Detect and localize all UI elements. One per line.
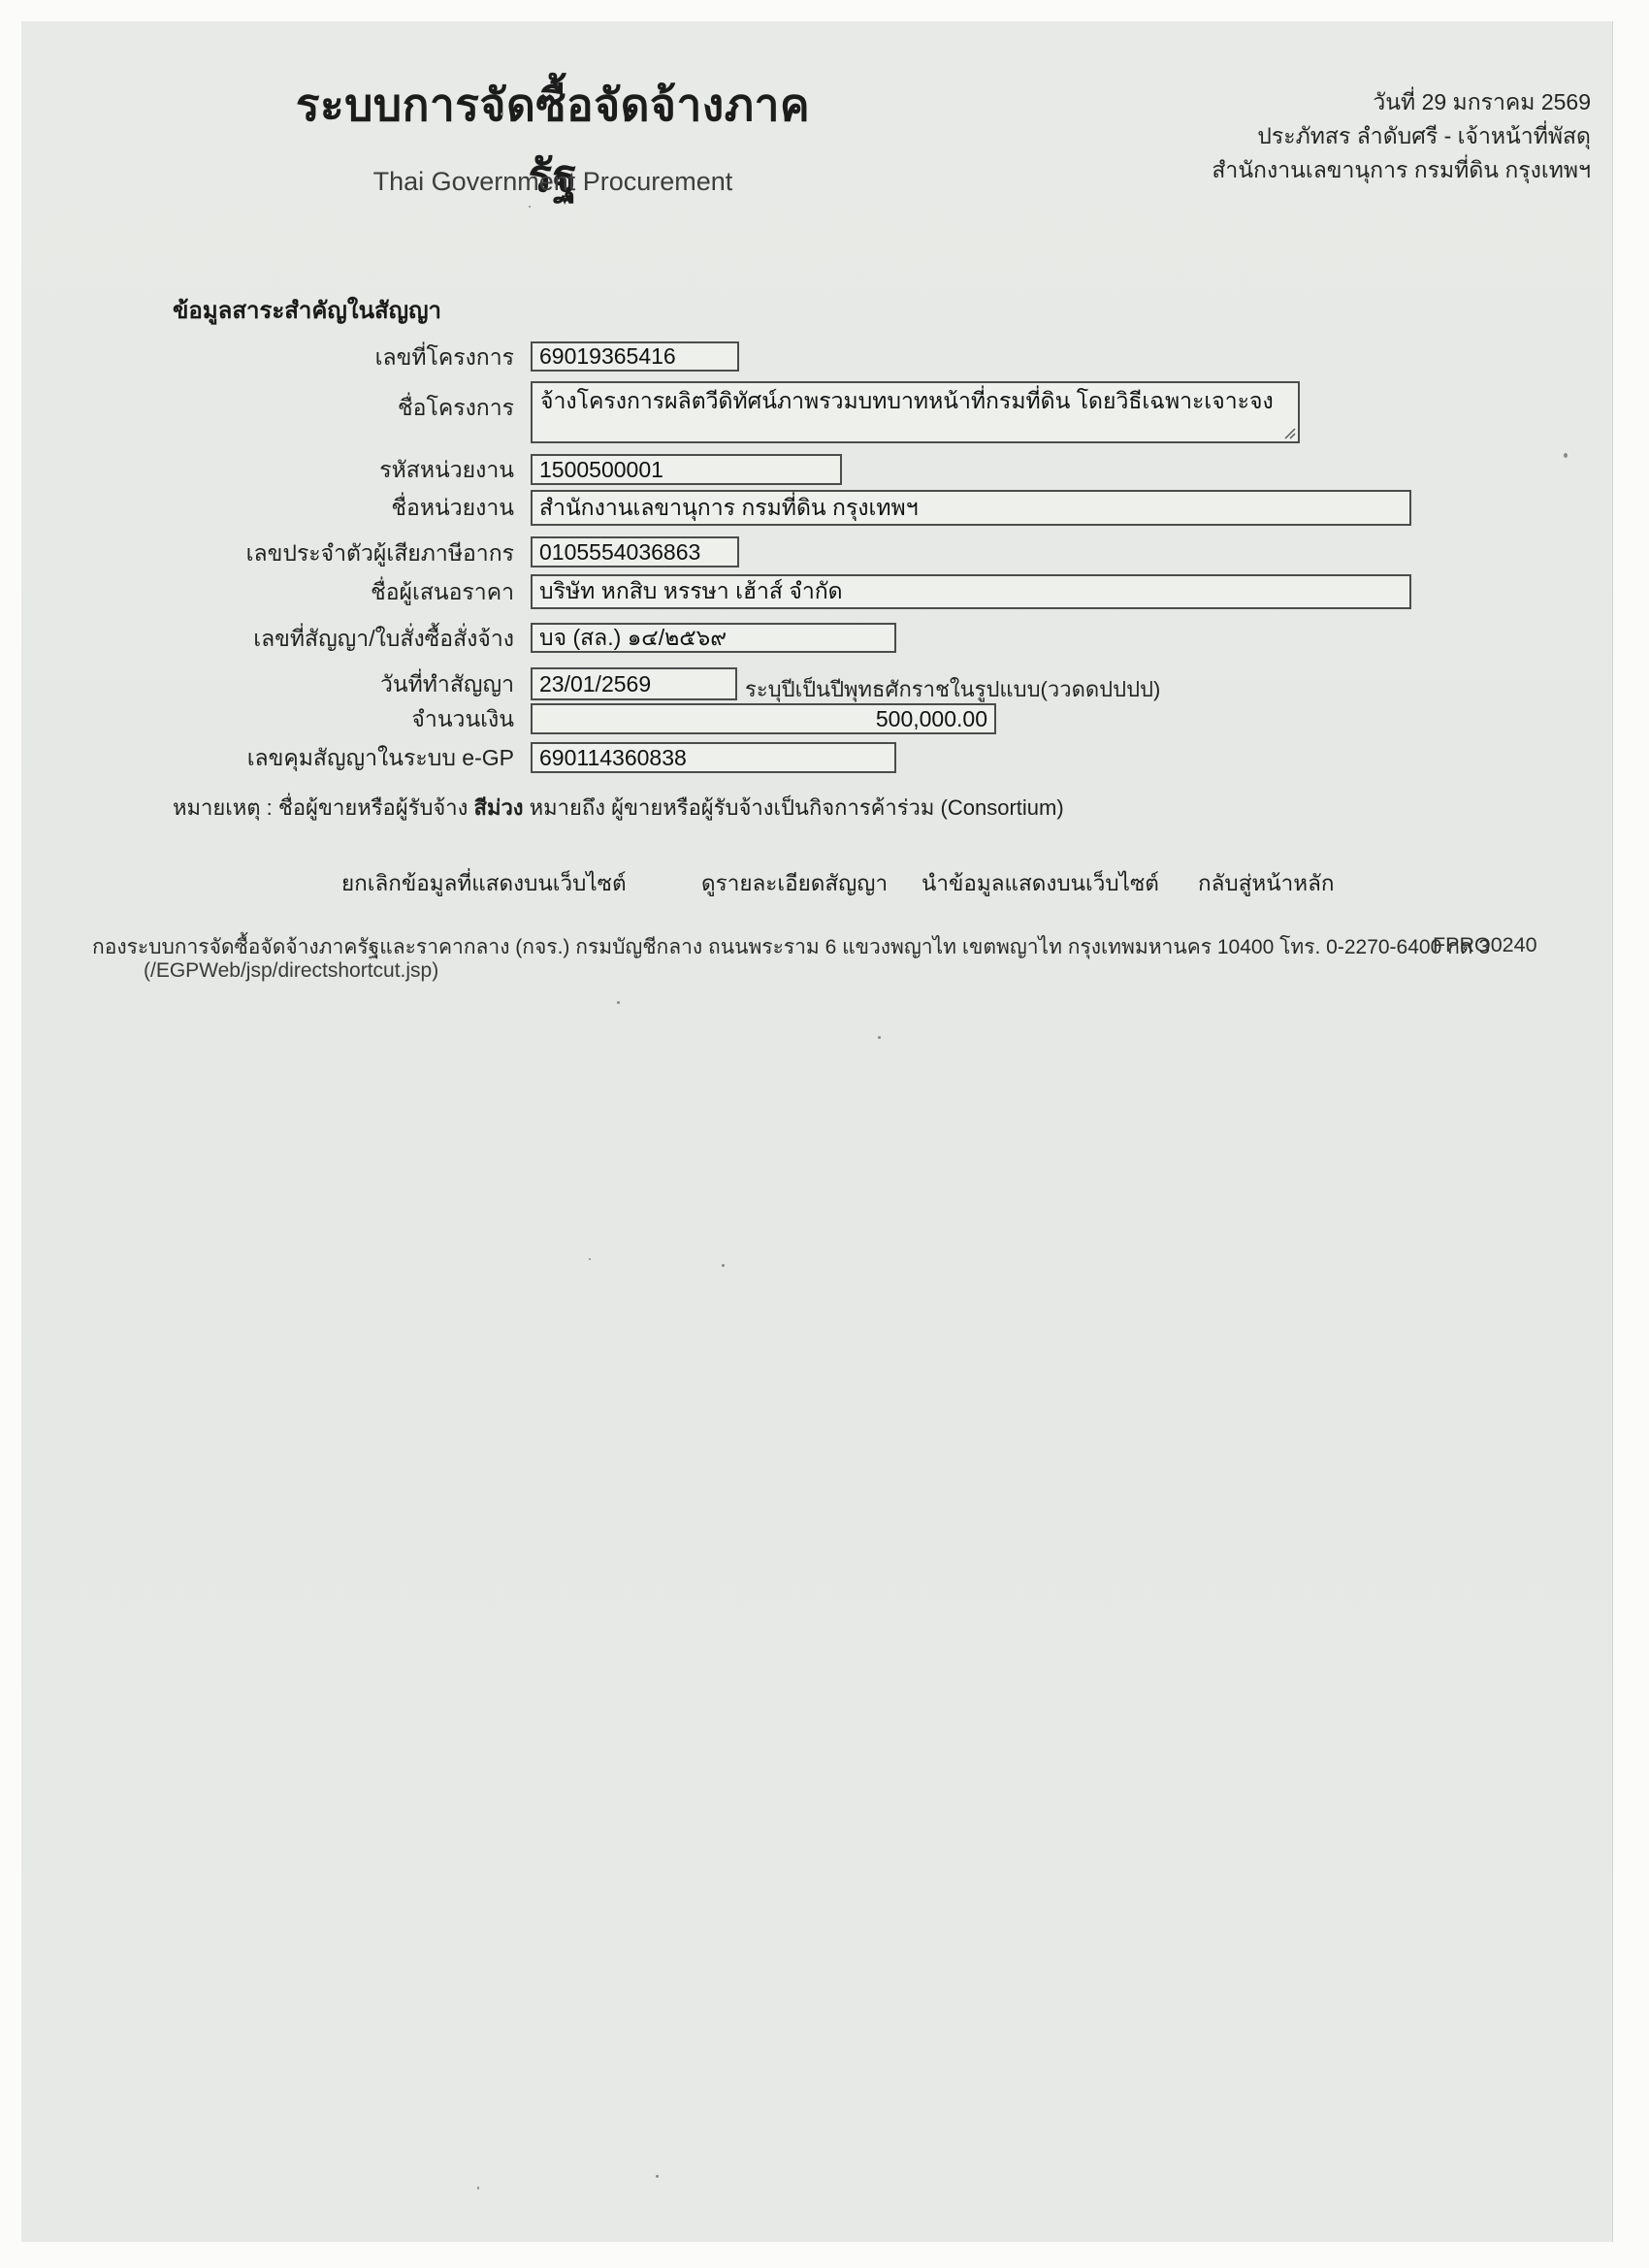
scan-speck: [656, 2175, 659, 2178]
amount-field[interactable]: 500,000.00: [531, 703, 996, 734]
consortium-note: หมายเหตุ : ชื่อผู้ขายหรือผู้รับจ้าง สีม่…: [173, 791, 1064, 825]
contract-date-value: 23/01/2569: [539, 671, 651, 697]
back-home-button[interactable]: กลับสู่หน้าหลัก: [1198, 865, 1335, 900]
resize-grip-icon[interactable]: [1282, 426, 1296, 439]
scanned-page: ระบบการจัดซื้อจัดจ้างภาครัฐ Thai Governm…: [0, 0, 1649, 2268]
contract-date-label: วันที่ทำสัญญา: [58, 670, 514, 697]
scan-speck: [501, 113, 503, 115]
scan-speck: [878, 1036, 881, 1039]
scan-speck: [1564, 453, 1568, 458]
office-name: สำนักงานเลขานุการ กรมที่ดิน กรุงเทพฯ: [970, 153, 1591, 187]
bidder-name-label: ชื่อผู้เสนอราคา: [58, 578, 514, 605]
tax-id-field[interactable]: 0105554036863: [531, 536, 739, 567]
bidder-name-field[interactable]: บริษัท หกสิบ หรรษา เฮ้าส์ จำกัด: [531, 574, 1411, 609]
header-meta: วันที่ 29 มกราคม 2569 ประภัทสร ลำดับศรี …: [970, 85, 1591, 187]
scan-speck: [617, 1001, 620, 1004]
amount-label: จำนวนเงิน: [58, 705, 514, 732]
dept-code-field[interactable]: 1500500001: [531, 454, 842, 485]
note-highlight: สีม่วง: [474, 795, 524, 820]
officer-name: ประภัทสร ลำดับศรี - เจ้าหน้าที่พัสดุ: [970, 119, 1591, 153]
project-no-label: เลขที่โครงการ: [58, 343, 514, 371]
dept-name-label: ชื่อหน่วยงาน: [58, 494, 514, 521]
project-no-field[interactable]: 69019365416: [531, 341, 739, 372]
form-code: FPRO0240: [1433, 933, 1537, 957]
dept-code-label: รหัสหน่วยงาน: [58, 456, 514, 483]
note-prefix: หมายเหตุ : ชื่อผู้ขายหรือผู้รับจ้าง: [173, 795, 474, 820]
contract-date-field[interactable]: 23/01/2569: [531, 667, 737, 700]
contract-date-hint: ระบุปีเป็นปีพุทธศักราชในรูปแบบ(ววดดปปปป): [745, 672, 1160, 706]
scan-speck: [529, 206, 531, 208]
cancel-web-display-button[interactable]: ยกเลิกข้อมูลที่แสดงบนเว็บไซต์: [341, 865, 627, 900]
dept-name-value: สำนักงานเลขานุการ กรมที่ดิน กรุงเทพฯ: [539, 491, 919, 526]
tax-id-label: เลขประจำตัวผู้เสียภาษีอากร: [58, 539, 514, 567]
print-date: วันที่ 29 มกราคม 2569: [970, 85, 1591, 119]
app-title-english: Thai Government Procurement: [281, 167, 824, 197]
note-suffix: หมายถึง ผู้ขายหรือผู้รับจ้างเป็นกิจการค้…: [524, 795, 1064, 820]
view-contract-detail-button[interactable]: ดูรายละเอียดสัญญา: [701, 865, 888, 900]
dept-name-field[interactable]: สำนักงานเลขานุการ กรมที่ดิน กรุงเทพฯ: [531, 490, 1411, 526]
section-title: ข้อมูลสาระสำคัญในสัญญา: [173, 291, 441, 329]
publish-web-display-button[interactable]: นำข้อมูลแสดงบนเว็บไซต์: [921, 865, 1159, 900]
bidder-name-value: บริษัท หกสิบ หรรษา เฮ้าส์ จำกัด: [539, 574, 843, 609]
tax-id-value: 0105554036863: [539, 539, 700, 566]
contract-no-label: เลขที่สัญญา/ใบสั่งซื้อสั่งจ้าง: [58, 625, 514, 652]
scan-speck: [477, 2187, 479, 2189]
contract-no-field[interactable]: บจ (สล.) ๑๔/๒๕๖๙: [531, 623, 896, 653]
project-name-label: ชื่อโครงการ: [58, 394, 514, 421]
dept-code-value: 1500500001: [539, 457, 663, 483]
amount-value: 500,000.00: [876, 706, 987, 732]
egp-no-label: เลขคุมสัญญาในระบบ e-GP: [58, 744, 514, 771]
project-no-value: 69019365416: [539, 343, 676, 370]
egp-no-field[interactable]: 690114360838: [531, 742, 896, 773]
egp-no-value: 690114360838: [539, 745, 687, 771]
project-name-value: จ้างโครงการผลิตวีดิทัศน์ภาพรวมบทบาทหน้าท…: [540, 388, 1274, 413]
scan-speck: [589, 1258, 591, 1260]
footer-path: (/EGPWeb/jsp/directshortcut.jsp): [144, 959, 438, 983]
contract-no-value: บจ (สล.) ๑๔/๒๕๖๙: [539, 623, 727, 653]
project-name-field[interactable]: จ้างโครงการผลิตวีดิทัศน์ภาพรวมบทบาทหน้าท…: [531, 381, 1300, 443]
scan-speck: [722, 1264, 725, 1267]
